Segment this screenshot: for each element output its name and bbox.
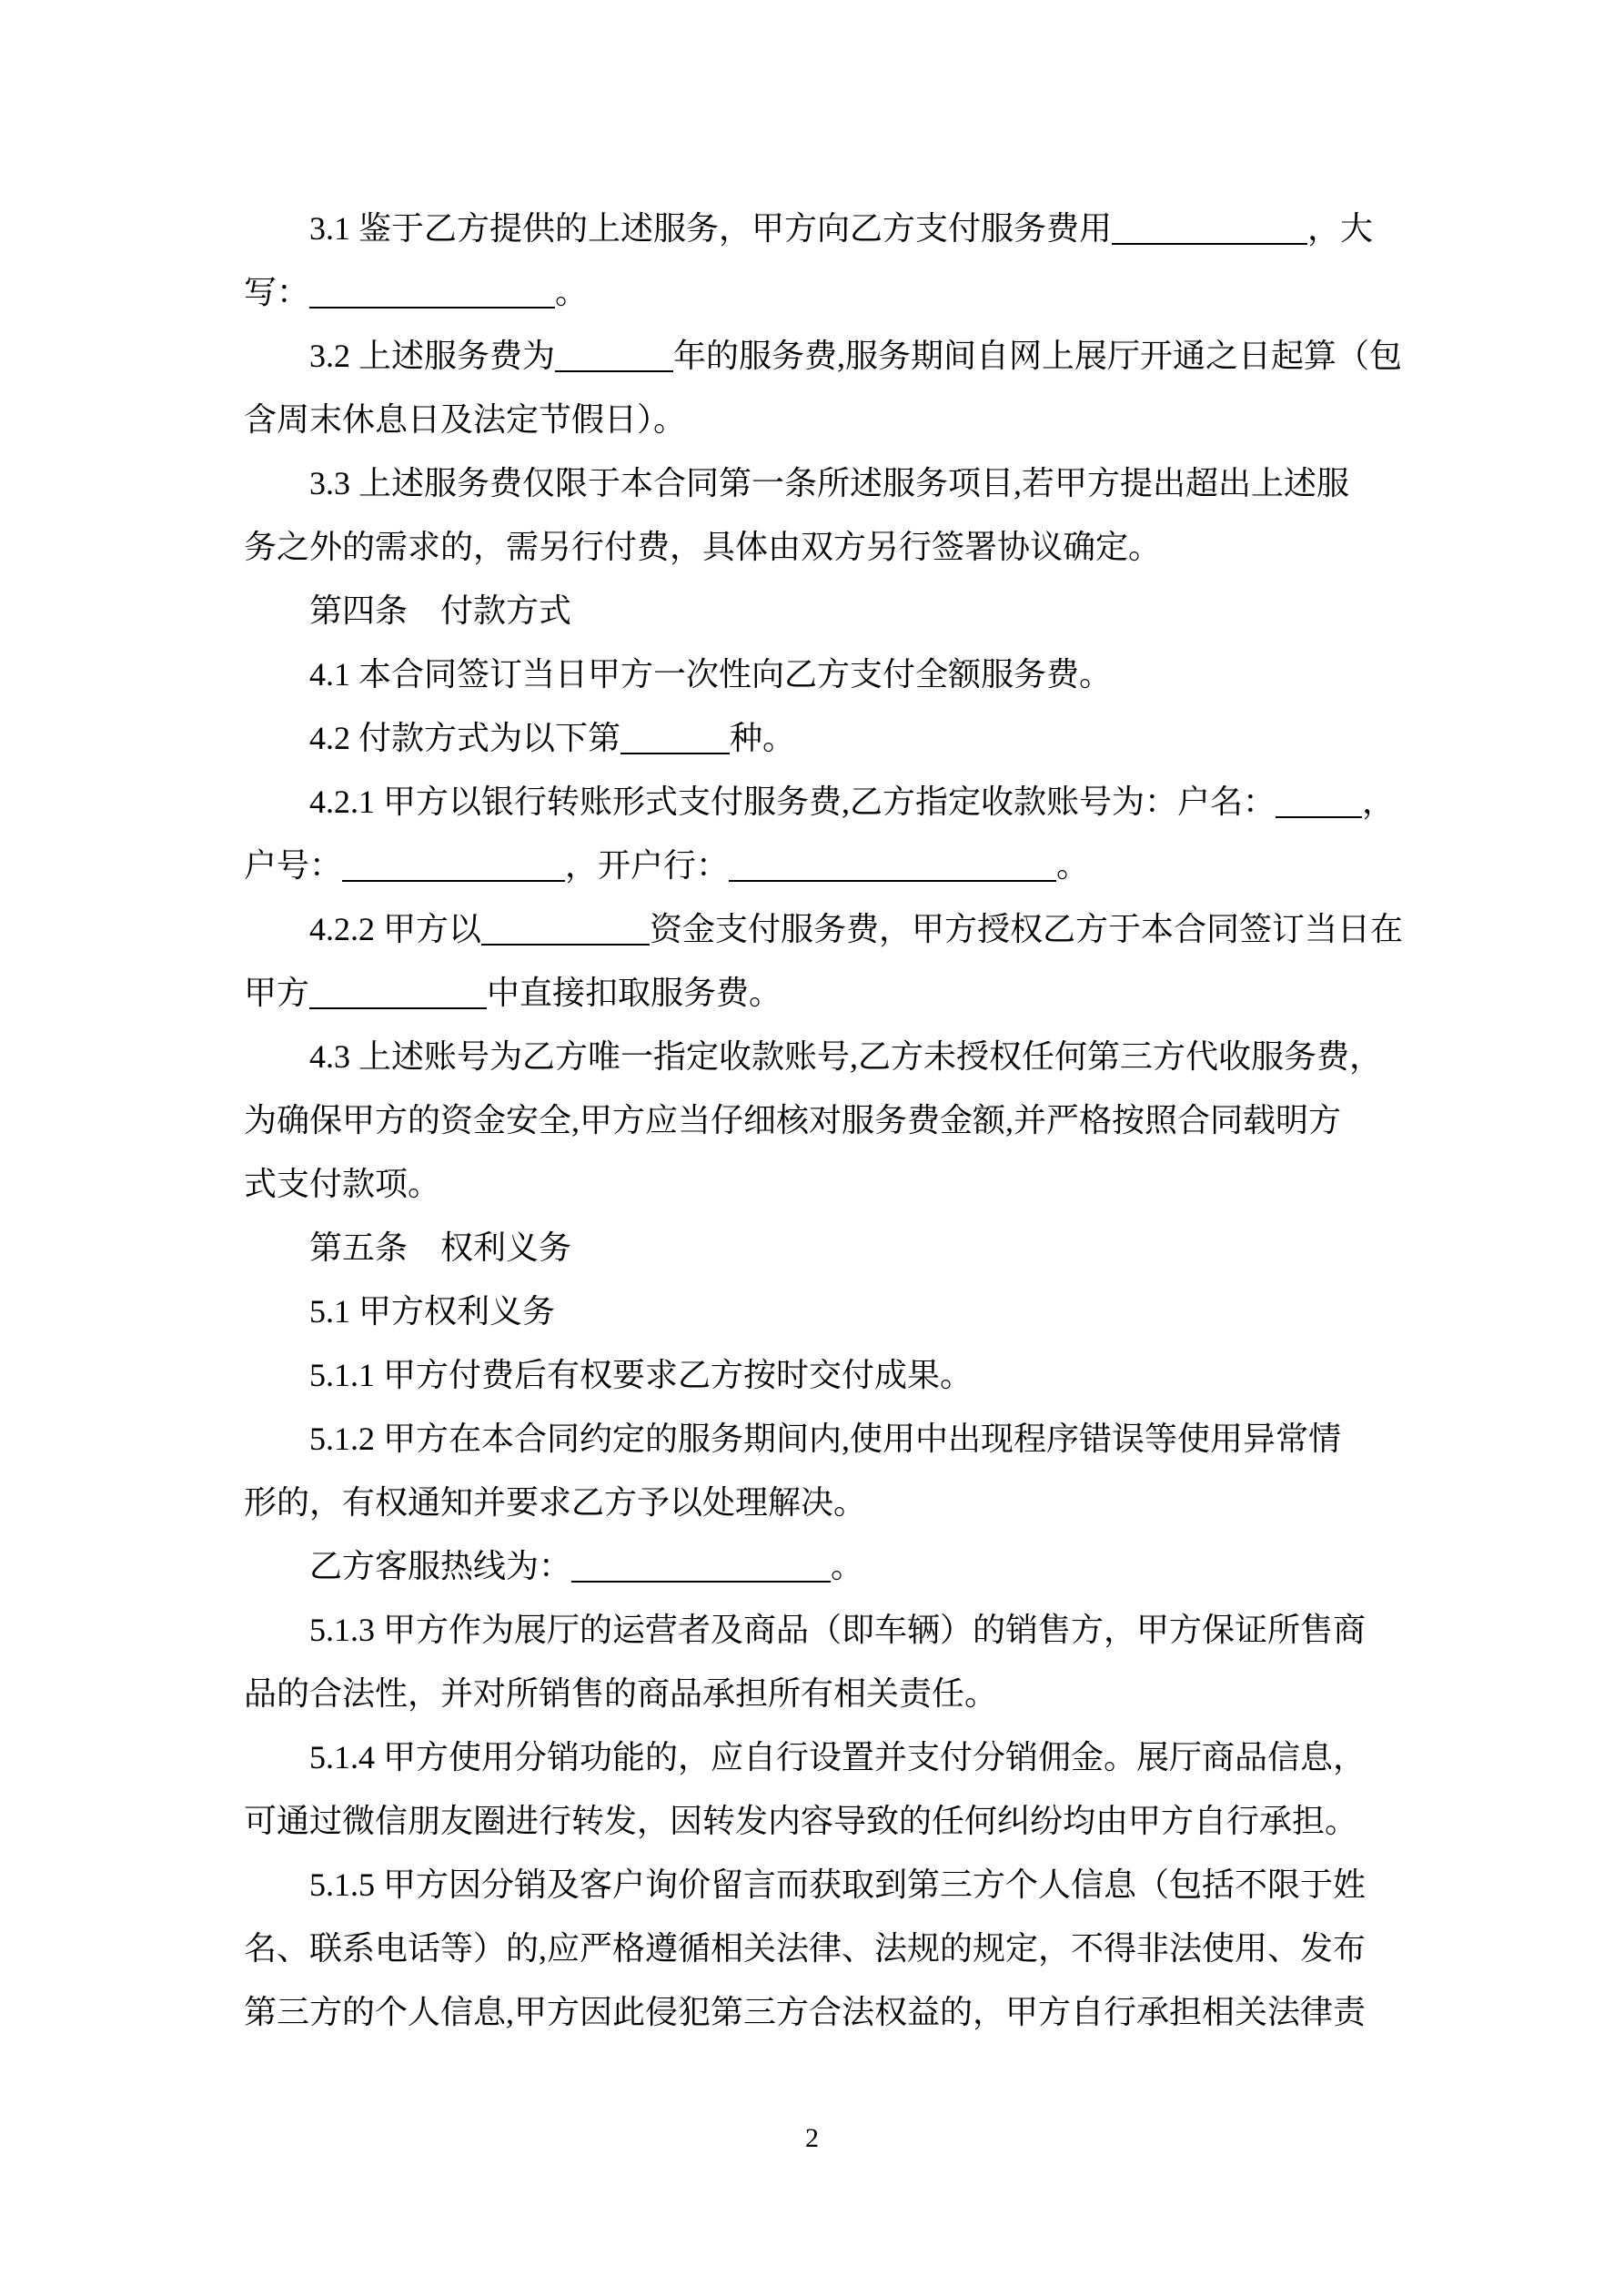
document-line: 3.2 上述服务费为年的服务费,服务期间自网上展厅开通之日起算（包: [244, 324, 1390, 388]
fill-in-blank: [571, 1581, 831, 1583]
text-run: 务之外的需求的，需另行付费，具体由双方另行签署协议确定。: [244, 529, 1161, 565]
text-run: 种。: [730, 720, 795, 756]
text-run: 3.1 鉴于乙方提供的上述服务，甲方向乙方支付服务费用: [309, 210, 1112, 247]
text-run: 第三方的个人信息,甲方因此侵犯第三方合法权益的，甲方自行承担相关法律责: [244, 1994, 1366, 2030]
text-run: 户号：: [244, 847, 342, 884]
fill-in-blank: [481, 944, 650, 946]
text-run: 资金支付服务费，甲方授权乙方于本合同签订当日在: [650, 911, 1403, 947]
document-line: 户号：，开户行：。: [244, 834, 1390, 897]
text-run: 。: [1056, 847, 1089, 884]
fill-in-blank: [309, 1007, 487, 1009]
text-run: 形的，有权通知并要求乙方予以处理解决。: [244, 1484, 866, 1521]
document-line: 5.1 甲方权利义务: [244, 1279, 1390, 1343]
document-line: 甲方中直接扣取服务费。: [244, 961, 1390, 1025]
document-line: 4.3 上述账号为乙方唯一指定收款账号,乙方未授权任何第三方代收服务费，: [244, 1025, 1390, 1088]
text-run: ，大: [1307, 210, 1373, 247]
text-run: 年的服务费,服务期间自网上展厅开通之日起算（包: [673, 338, 1402, 374]
text-run: 。: [555, 274, 588, 310]
document-line: 4.2.2 甲方以资金支付服务费，甲方授权乙方于本合同签订当日在: [244, 897, 1390, 961]
fill-in-blank: [620, 753, 730, 754]
fill-in-blank: [729, 880, 1056, 882]
text-run: 4.1 本合同签订当日甲方一次性向乙方支付全额服务费。: [309, 656, 1112, 693]
document-line: 第四条 付款方式: [244, 579, 1390, 642]
document-line: 名、联系电话等）的,应严格遵循相关法律、法规的规定，不得非法使用、发布: [244, 1917, 1390, 1980]
document-line: 品的合法性，并对所销售的商品承担所有相关责任。: [244, 1662, 1390, 1725]
document-line: 4.2 付款方式为以下第种。: [244, 706, 1390, 770]
text-run: ，开户行：: [565, 847, 729, 884]
text-run: 品的合法性，并对所销售的商品承担所有相关责任。: [244, 1675, 997, 1712]
text-run: 。: [831, 1548, 863, 1584]
document-line: 5.1.4 甲方使用分销功能的，应自行设置并支付分销佣金。展厅商品信息，: [244, 1725, 1390, 1789]
text-run: ，: [1362, 784, 1395, 820]
fill-in-blank: [309, 307, 555, 308]
text-run: 第四条 付款方式: [309, 592, 571, 629]
contract-document-page: 3.1 鉴于乙方提供的上述服务，甲方向乙方支付服务费用，大写：。3.2 上述服务…: [0, 0, 1624, 2296]
text-run: 4.2 付款方式为以下第: [309, 720, 620, 756]
text-run: 含周末休息日及法定节假日）。: [244, 401, 686, 438]
page-number: 2: [0, 2120, 1624, 2157]
document-line: 3.3 上述服务费仅限于本合同第一条所述服务项目,若甲方提出超出上述服: [244, 451, 1390, 515]
text-run: 5.1.4 甲方使用分销功能的，应自行设置并支付分销佣金。展厅商品信息，: [309, 1739, 1366, 1775]
document-line: 务之外的需求的，需另行付费，具体由双方另行签署协议确定。: [244, 515, 1390, 579]
text-run: 名、联系电话等）的,应严格遵循相关法律、法规的规定，不得非法使用、发布: [244, 1930, 1366, 1967]
text-run: 式支付款项。: [244, 1166, 440, 1202]
text-run: 中直接扣取服务费。: [487, 975, 782, 1011]
fill-in-blank: [555, 370, 673, 372]
document-line: 写：。: [244, 260, 1390, 324]
text-run: 3.2 上述服务费为: [309, 338, 555, 374]
document-line: 可通过微信朋友圈进行转发，因转发内容导致的任何纠纷均由甲方自行承担。: [244, 1789, 1390, 1853]
document-line: 3.1 鉴于乙方提供的上述服务，甲方向乙方支付服务费用，大: [244, 197, 1390, 260]
fill-in-blank: [342, 880, 565, 882]
text-run: 5.1.1 甲方付费后有权要求乙方按时交付成果。: [309, 1357, 973, 1393]
document-line: 5.1.5 甲方因分销及客户询价留言而获取到第三方个人信息（包括不限于姓: [244, 1853, 1390, 1917]
text-run: 4.2.1 甲方以银行转账形式支付服务费,乙方指定收款账号为：户名：: [309, 784, 1276, 820]
document-line: 4.2.1 甲方以银行转账形式支付服务费,乙方指定收款账号为：户名：，: [244, 770, 1390, 834]
text-run: 第五条 权利义务: [309, 1229, 571, 1266]
text-run: 4.2.2 甲方以: [309, 911, 481, 947]
document-line: 4.1 本合同签订当日甲方一次性向乙方支付全额服务费。: [244, 642, 1390, 706]
text-run: 4.3 上述账号为乙方唯一指定收款账号,乙方未授权任何第三方代收服务费，: [309, 1038, 1382, 1075]
text-run: 乙方客服热线为：: [309, 1548, 571, 1584]
document-line: 第三方的个人信息,甲方因此侵犯第三方合法权益的，甲方自行承担相关法律责: [244, 1980, 1390, 2044]
fill-in-blank: [1276, 816, 1362, 818]
document-line: 含周末休息日及法定节假日）。: [244, 388, 1390, 451]
text-run: 5.1 甲方权利义务: [309, 1293, 555, 1330]
document-line: 为确保甲方的资金安全,甲方应当仔细核对服务费金额,并严格按照合同载明方: [244, 1088, 1390, 1152]
text-run: 甲方: [244, 975, 309, 1011]
document-line: 式支付款项。: [244, 1152, 1390, 1216]
text-run: 可通过微信朋友圈进行转发，因转发内容导致的任何纠纷均由甲方自行承担。: [244, 1803, 1357, 1839]
text-run: 写：: [244, 274, 309, 310]
text-run: 为确保甲方的资金安全,甲方应当仔细核对服务费金额,并严格按照合同载明方: [244, 1102, 1341, 1138]
text-run: 5.1.2 甲方在本合同约定的服务期间内,使用中出现程序错误等使用异常情: [309, 1421, 1341, 1457]
text-run: 3.3 上述服务费仅限于本合同第一条所述服务项目,若甲方提出超出上述服: [309, 465, 1349, 501]
text-run: 5.1.3 甲方作为展厅的运营者及商品（即车辆）的销售方，甲方保证所售商: [309, 1612, 1366, 1648]
document-line: 5.1.3 甲方作为展厅的运营者及商品（即车辆）的销售方，甲方保证所售商: [244, 1598, 1390, 1662]
document-line: 乙方客服热线为：。: [244, 1534, 1390, 1598]
document-line: 第五条 权利义务: [244, 1216, 1390, 1279]
document-line: 5.1.2 甲方在本合同约定的服务期间内,使用中出现程序错误等使用异常情: [244, 1407, 1390, 1471]
document-line: 5.1.1 甲方付费后有权要求乙方按时交付成果。: [244, 1343, 1390, 1407]
fill-in-blank: [1112, 243, 1307, 245]
document-content: 3.1 鉴于乙方提供的上述服务，甲方向乙方支付服务费用，大写：。3.2 上述服务…: [244, 197, 1390, 2044]
document-line: 形的，有权通知并要求乙方予以处理解决。: [244, 1471, 1390, 1534]
text-run: 5.1.5 甲方因分销及客户询价留言而获取到第三方个人信息（包括不限于姓: [309, 1866, 1366, 1903]
